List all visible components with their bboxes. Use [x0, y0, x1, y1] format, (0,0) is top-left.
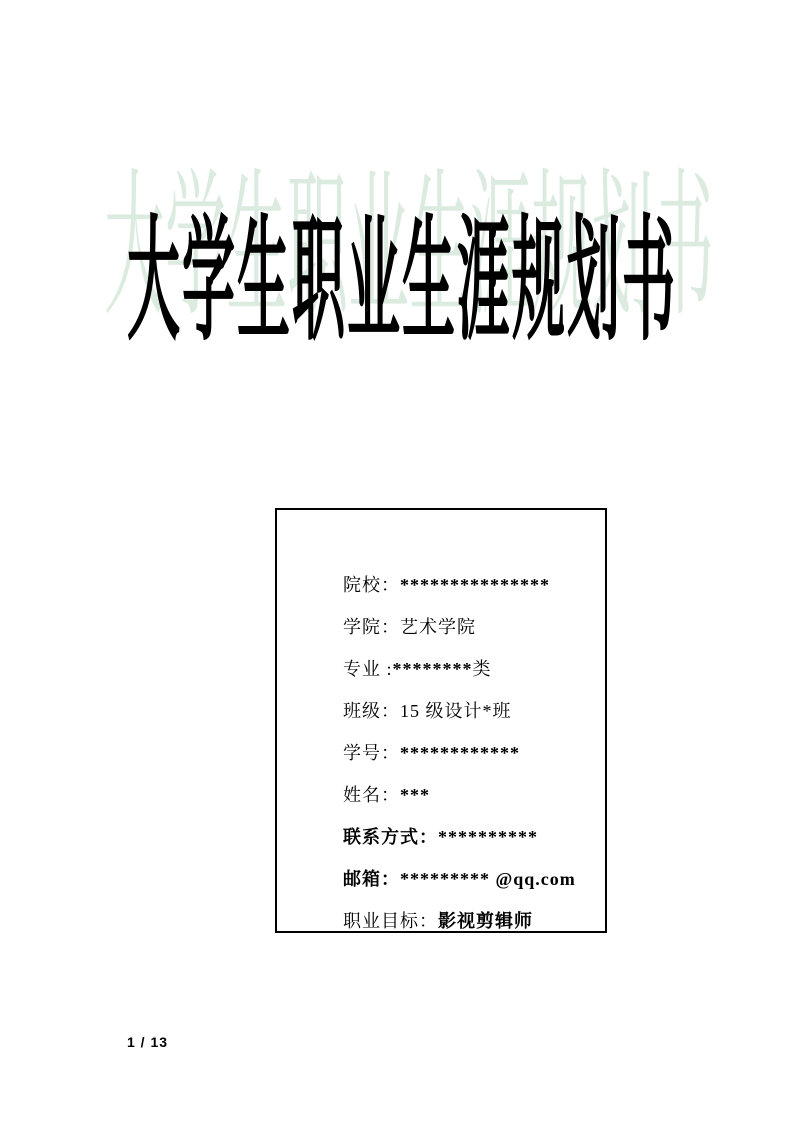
field-major-label: 专业 :: [343, 659, 393, 679]
field-school: 院校：***************: [310, 522, 605, 564]
page-number: 1 / 13: [127, 1034, 168, 1050]
info-box: 院校：*************** 学院：艺术学院 专业 :********类…: [275, 508, 607, 933]
field-major-suffix: 类: [473, 659, 492, 679]
title-block: 大学生职业生涯规划书 大学生职业生涯规划书: [0, 0, 793, 420]
field-student-id-value: ************: [400, 743, 520, 763]
field-student-id-label: 学号：: [343, 743, 400, 763]
field-major-value: ********: [393, 659, 473, 679]
field-school-label: 院校：: [343, 575, 400, 595]
field-contact-label: 联系方式：: [343, 827, 438, 847]
field-contact-value: **********: [438, 827, 538, 847]
field-name-label: 姓名：: [343, 785, 400, 805]
document-page: 大学生职业生涯规划书 大学生职业生涯规划书 院校：***************…: [0, 0, 793, 1122]
field-email-value: ********* @qq.com: [400, 869, 576, 889]
field-email-label: 邮箱：: [343, 869, 400, 889]
field-career-goal-value: 影视剪辑师: [438, 911, 533, 931]
page-title: 大学生职业生涯规划书: [127, 215, 677, 350]
field-name-value: ***: [400, 785, 430, 805]
field-class-label: 班级：: [343, 701, 400, 721]
field-school-value: ***************: [400, 575, 550, 595]
field-class-value: 15 级设计*班: [400, 701, 512, 721]
field-college-label: 学院：: [343, 617, 400, 637]
field-career-goal-label: 职业目标：: [343, 911, 438, 931]
field-college-value: 艺术学院: [400, 617, 476, 637]
